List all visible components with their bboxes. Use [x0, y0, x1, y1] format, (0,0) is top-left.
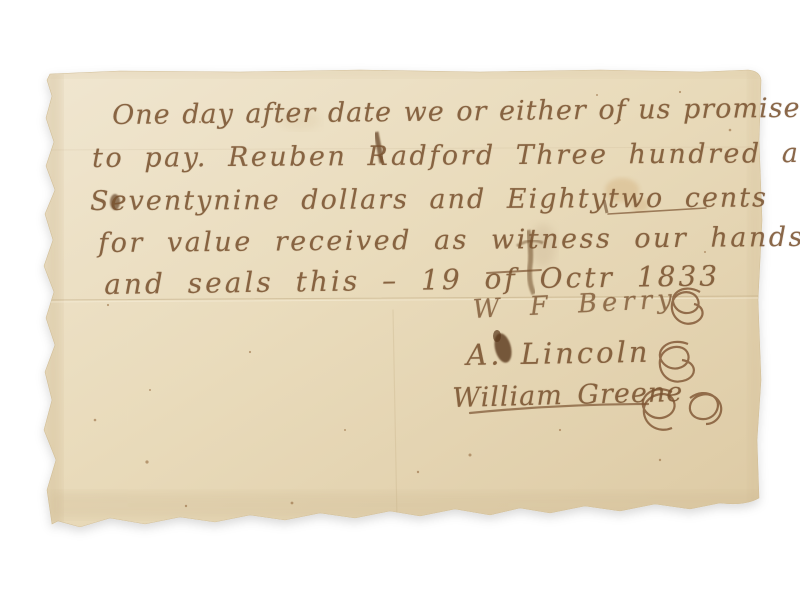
- document-photo: One day after date we or either of us pr…: [0, 0, 800, 600]
- paper-sheet-graphic: [0, 0, 800, 600]
